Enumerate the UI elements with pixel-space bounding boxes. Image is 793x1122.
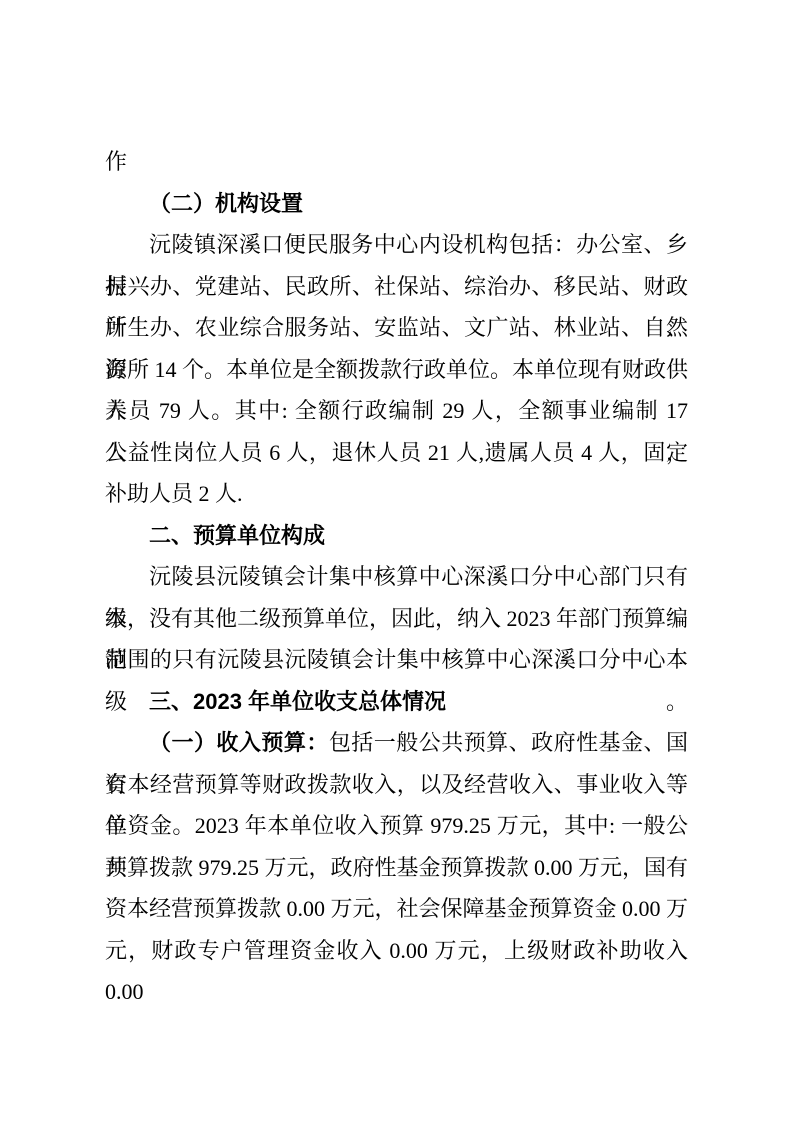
- text-line: 公益性岗位人员 6 人，退休人员 21 人,遗属人员 4 人，固定: [105, 432, 688, 474]
- document-lines: 作（二）机构设置沅陵镇深溪口便民服务中心内设机构包括：办公室、乡村振兴办、党建站…: [105, 141, 688, 971]
- text-line: 位资金。2023 年本单位收入预算 979.25 万元，其中: 一般公共: [105, 805, 688, 847]
- text-run: 元，财政专户管理资金收入 0.00 万元，上级财政补助收入 0.00: [105, 938, 688, 1005]
- bold-run: 二、预算单位构成: [149, 523, 325, 548]
- text-line: 作: [105, 141, 688, 183]
- text-run: 资本经营预算拨款 0.00 万元，社会保障基金预算资金 0.00 万: [105, 896, 688, 921]
- text-run: 作: [105, 149, 127, 174]
- text-line: 源所 14 个。本单位是全额拨款行政单位。本单位现有财政供养: [105, 349, 688, 391]
- text-line: 资本经营预算拨款 0.00 万元，社会保障基金预算资金 0.00 万: [105, 888, 688, 930]
- text-line: 沅陵镇深溪口便民服务中心内设机构包括：办公室、乡村: [105, 224, 688, 266]
- document-page: 作（二）机构设置沅陵镇深溪口便民服务中心内设机构包括：办公室、乡村振兴办、党建站…: [0, 0, 793, 1122]
- bold-run: 三、2023 年单位收支总体情况: [149, 689, 446, 714]
- text-line: 人员 79 人。其中: 全额行政编制 29 人，全额事业编制 17 人，: [105, 390, 688, 432]
- text-run: 补助人员 2 人.: [105, 481, 243, 506]
- section-heading: 二、预算单位构成: [105, 515, 688, 557]
- text-line: 级，没有其他二级预算单位，因此，纳入 2023 年部门预算编制: [105, 598, 688, 640]
- text-line: 元，财政专户管理资金收入 0.00 万元，上级财政补助收入 0.00: [105, 930, 688, 972]
- text-line: （一）收入预算：包括一般公共预算、政府性基金、国有: [105, 722, 688, 764]
- text-line: 振兴办、党建站、民政所、社保站、综治办、移民站、财政所、: [105, 266, 688, 308]
- text-run: 公益性岗位人员 6 人，退休人员 21 人,遗属人员 4 人，固定: [105, 440, 688, 465]
- text-line: 资本经营预算等财政拨款收入，以及经营收入、事业收入等单: [105, 764, 688, 806]
- text-line: 预算拨款 979.25 万元，政府性基金预算拨款 0.00 万元，国有: [105, 847, 688, 889]
- text-line: 计生办、农业综合服务站、安监站、文广站、林业站、自然资: [105, 307, 688, 349]
- text-line: 范围的只有沅陵县沅陵镇会计集中核算中心深溪口分中心本级。: [105, 639, 688, 681]
- bold-run: （一）收入预算：: [149, 730, 329, 755]
- text-line: 沅陵县沅陵镇会计集中核算中心深溪口分中心部门只有本: [105, 556, 688, 598]
- section-heading: （二）机构设置: [105, 183, 688, 225]
- bold-run: （二）机构设置: [149, 191, 303, 216]
- text-run: 预算拨款 979.25 万元，政府性基金预算拨款 0.00 万元，国有: [105, 855, 688, 880]
- text-line: 补助人员 2 人.: [105, 473, 688, 515]
